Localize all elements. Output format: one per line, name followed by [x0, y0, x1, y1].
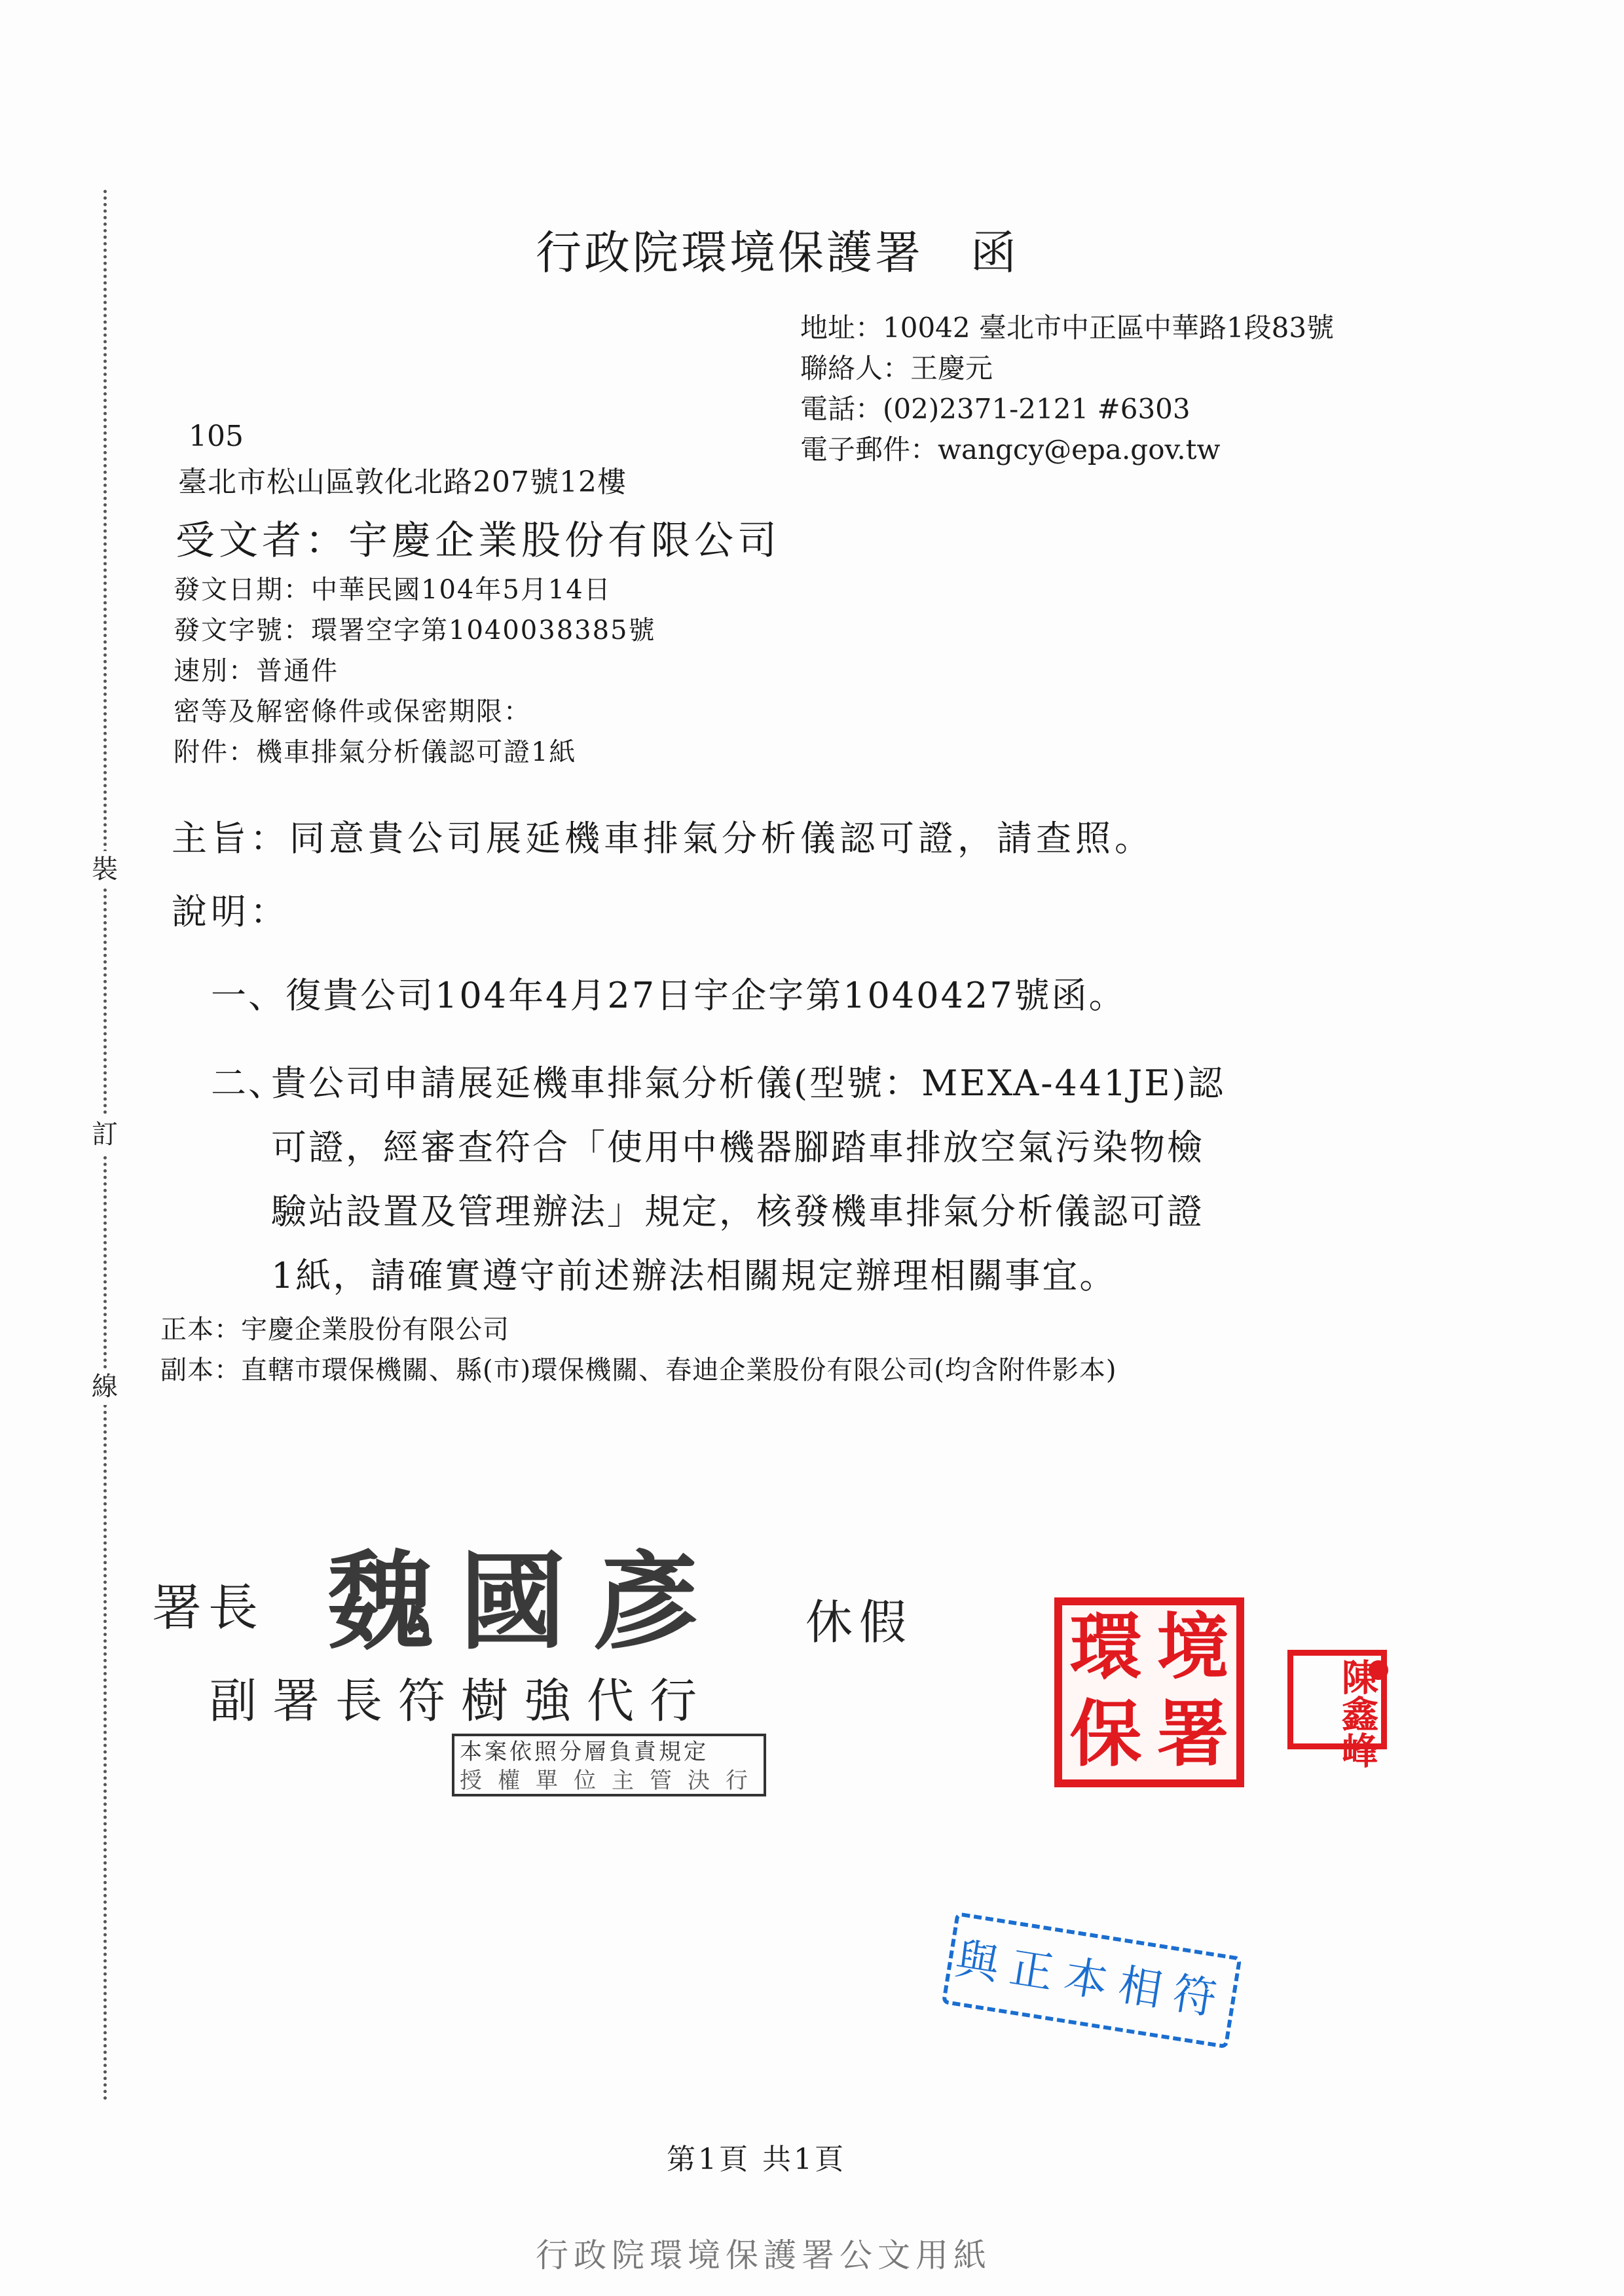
authority-note-line-2: 授權單位主管決行: [460, 1766, 758, 1795]
item-number: 一、: [211, 975, 286, 1016]
authority-note-line-1: 本案依照分層負責規定: [460, 1738, 758, 1766]
binding-mark-xian: 線: [86, 1368, 123, 1405]
recipient-address: 臺北市松山區敦化北路207號12樓: [178, 458, 627, 500]
sender-email: 電子郵件：wangcy@epa.gov.tw: [800, 429, 1334, 470]
distribution-list: 正本：宇慶企業股份有限公司 副本：直轄市環保機關、縣(市)環保機關、春迪企業股份…: [160, 1309, 1116, 1391]
certified-copy-stamp: 與正本相符: [942, 1912, 1242, 2049]
item-number: 二、: [211, 1051, 271, 1116]
seal-char: 保: [1062, 1692, 1149, 1779]
explanation-heading: 說明：: [172, 884, 289, 934]
item-text-line-4: 1紙，請確實遵守前述辦法相關規定辦理相關事宜。: [211, 1244, 1225, 1308]
item-text: 復貴公司104年4月27日宇企字第1040427號函。: [286, 975, 1126, 1016]
issue-date: 發文日期：中華民國104年5月14日: [174, 570, 656, 610]
copy-recipients: 副本：直轄市環保機關、縣(市)環保機關、春迪企業股份有限公司(均含附件影本): [160, 1350, 1116, 1391]
item-text-line-1: 貴公司申請展延機車排氣分析儀(型號：MEXA-441JE)認: [271, 1063, 1225, 1104]
seal-char: 境: [1149, 1605, 1236, 1692]
sender-contact-person: 聯絡人：王慶元: [800, 348, 1334, 389]
seal-char: 環: [1062, 1605, 1149, 1692]
binding-mark-ding: 訂: [86, 1116, 123, 1153]
seal-ink-dot: [1369, 1660, 1388, 1680]
signatory-title: 署長: [152, 1568, 265, 1639]
attachment-info: 附件：機車排氣分析儀認可證1紙: [174, 732, 656, 773]
recipient-name: 受文者：宇慶企業股份有限公司: [175, 509, 781, 566]
item-text-line-2: 可證，經審查符合「使用中機器腳踏車排放空氣污染物檢: [211, 1116, 1225, 1180]
signatory-name: 魏國彥: [327, 1518, 724, 1669]
binding-mark-zhuang: 裝: [86, 851, 123, 888]
document-number: 發文字號：環署空字第1040038385號: [174, 610, 656, 651]
subject-line: 主旨：同意貴公司展延機車排氣分析儀認可證，請查照。: [172, 811, 1154, 861]
acting-signatory: 副署長符樹強代行: [210, 1663, 712, 1731]
agency-name: 行政院環境保護署: [536, 226, 923, 280]
seal-char: 署: [1149, 1692, 1236, 1779]
explanation-item-2: 二、貴公司申請展延機車排氣分析儀(型號：MEXA-441JE)認 可證，經審查符…: [211, 1051, 1225, 1308]
document-type: 函: [970, 226, 1019, 280]
signatory-status: 休假: [805, 1584, 913, 1652]
agency-seal-stamp: 環 境 保 署: [1054, 1597, 1244, 1787]
explanation-item-1: 一、復貴公司104年4月27日宇企字第1040427號函。: [211, 968, 1126, 1018]
authority-note-box: 本案依照分層負責規定 授權單位主管決行: [452, 1734, 766, 1796]
sender-phone: 電話：(02)2371-2121 #6303: [800, 389, 1334, 429]
document-title: 行政院環境保護署函: [536, 216, 1019, 282]
item-text-line-3: 驗站設置及管理辦法」規定，核發機車排氣分析儀認可證: [211, 1180, 1225, 1244]
page-indicator: 第1頁 共1頁: [667, 2136, 846, 2178]
document-metadata: 發文日期：中華民國104年5月14日 發文字號：環署空字第1040038385號…: [174, 570, 656, 773]
recipient-postal-code: 105: [189, 420, 244, 453]
security-level: 密等及解密條件或保密期限：: [174, 691, 656, 732]
official-paper-label: 行政院環境保護署公文用紙: [536, 2229, 991, 2276]
delivery-speed: 速別：普通件: [174, 651, 656, 691]
sender-contact-block: 地址：10042 臺北市中正區中華路1段83號 聯絡人：王慶元 電話：(02)2…: [800, 308, 1334, 470]
sender-address: 地址：10042 臺北市中正區中華路1段83號: [800, 308, 1334, 348]
original-recipient: 正本：宇慶企業股份有限公司: [160, 1309, 1116, 1350]
